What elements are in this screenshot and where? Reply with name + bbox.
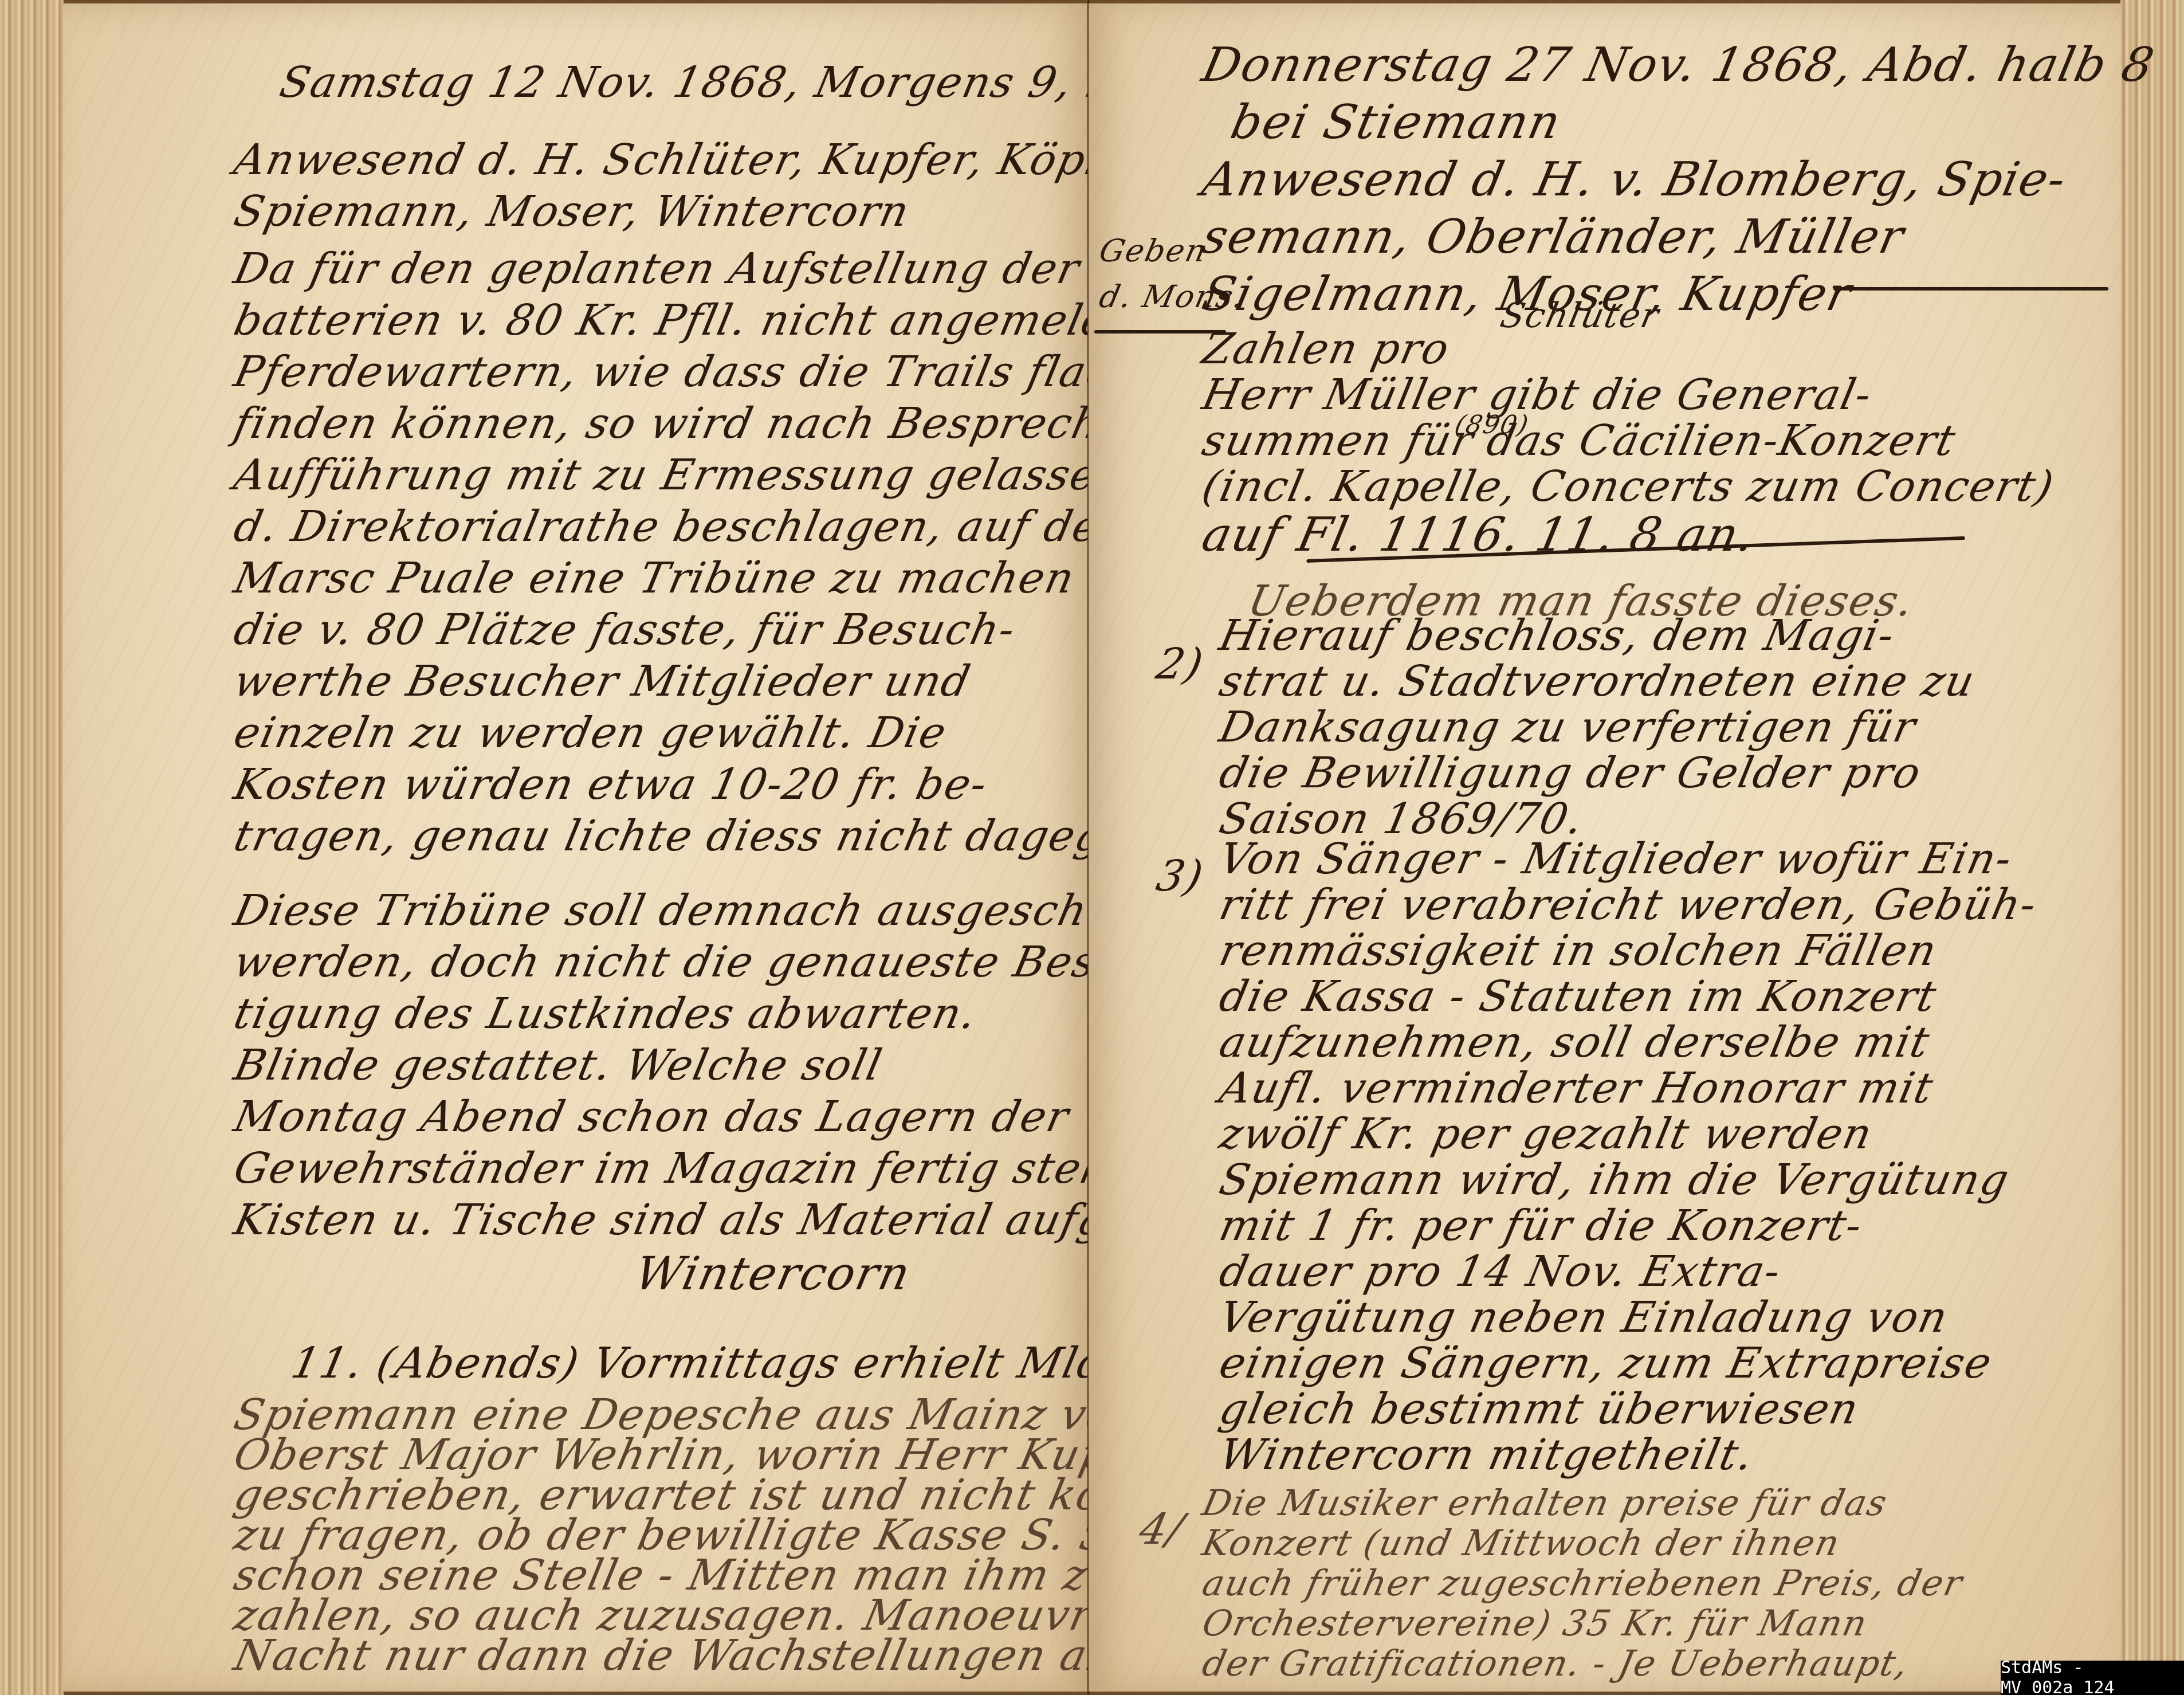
entry-header: 11. (Abends) Vormittags erhielt Mld. [287, 1339, 1126, 1388]
left-page: Samstag 12 Nov. 1868, Morgens 9, im Ml. … [63, 3, 1089, 1692]
body-line: auch früher zugeschriebenen Preis, der [1199, 1562, 1967, 1604]
body-line: tigung des Lustkindes abwarten. [230, 989, 981, 1038]
body-line: gleich bestimmt überwiesen [1215, 1384, 1864, 1434]
body-line: Blinde gestattet. Welche soll [230, 1041, 887, 1090]
body-line: Herr Müller gibt die General- [1198, 370, 1877, 419]
item-number: 4/ [1135, 1505, 1189, 1554]
entry-header-location: bei Stiemann [1226, 95, 1566, 150]
margin-note: Geben [1096, 233, 1211, 269]
body-line: summen für das Cäcilien-Konzert [1198, 416, 1961, 465]
open-book: Samstag 12 Nov. 1868, Morgens 9, im Ml. … [0, 0, 2184, 1695]
item-number: 2) [1152, 639, 1208, 689]
body-line: Aufl. verminderter Honorar mit [1215, 1064, 1938, 1113]
body-line: Hierauf beschloss, dem Magi- [1215, 611, 1900, 660]
body-line: werthe Besucher Mitglieder und [230, 657, 976, 706]
body-line: tragen, genau lichte diess nicht dagegen… [230, 811, 1179, 861]
body-line: einzeln zu werden gewählt. Die [230, 708, 952, 758]
book-edge-left [0, 0, 64, 1695]
underline [1833, 287, 2108, 291]
body-line: Pferdewartern, wie dass die Trails flach [230, 347, 1145, 397]
body-line: Danksagung zu verfertigen für [1215, 703, 1921, 752]
book-edge-right [2120, 0, 2184, 1695]
body-line: Montag Abend schon das Lagern der [230, 1092, 1074, 1141]
attendees-line: Anwesend d. H. v. Blomberg, Spie- [1197, 152, 2071, 207]
body-line: aufzunehmen, soll derselbe mit [1215, 1018, 1934, 1067]
body-line: d. Direktorialrathe beschlagen, auf dem [230, 502, 1146, 551]
attendees-line: semann, Oberländer, Müller [1197, 210, 1910, 264]
body-line: Wintercorn mitgetheilt. [1215, 1430, 1758, 1480]
body-line: mit 1 fr. per für die Konzert- [1215, 1201, 1867, 1250]
inline-note: (890) [1452, 410, 1532, 440]
body-line: Orchestervereine) 35 Kr. für Mann [1199, 1602, 1871, 1644]
body-line: der Gratificationen. - Je Ueberhaupt, [1199, 1642, 1913, 1684]
body-line: (incl. Kapelle, Concerts zum Concert) [1198, 462, 2059, 511]
body-line: strat u. Stadtverordneten eine zu [1215, 657, 1980, 706]
body-line: Von Sänger - Mitglieder wofür Ein- [1215, 834, 2017, 884]
body-line: Zahlen pro [1198, 324, 1454, 374]
archive-label: StdAMs - MV_002a_124 [2001, 1661, 2184, 1695]
right-page: Donnerstag 27 Nov. 1868, Abd. halb 8 bei… [1089, 3, 2121, 1692]
body-line: Spiemann wird, ihm die Vergütung [1215, 1155, 2014, 1204]
body-line: ritt frei verabreicht werden, Gebüh- [1215, 880, 2042, 929]
body-line: Vergütung neben Einladung von [1215, 1293, 1953, 1342]
attendees-line: Schlüter [1497, 296, 1663, 336]
body-line: dauer pro 14 Nov. Extra- [1215, 1247, 1786, 1296]
body-line: zwölf Kr. per gezahlt werden [1215, 1109, 1877, 1159]
body-line: werden, doch nicht die genaueste Bestä- [230, 937, 1161, 987]
body-line: die Bewilligung der Gelder pro [1215, 748, 1926, 798]
signature: Wintercorn [630, 1247, 916, 1300]
body-line: Kosten würden etwa 10-20 fr. be- [230, 760, 992, 809]
item-number: 3) [1152, 852, 1208, 901]
body-line: batterien v. 80 Kr. Pfll. nicht angemeld… [230, 296, 1161, 345]
attendees-line: Spiemann, Moser, Wintercorn [230, 187, 914, 236]
body-line: renmässigkeit in solchen Fällen [1215, 926, 1942, 975]
body-line: Diese Tribüne soll demnach ausgeschriebe… [230, 886, 1238, 935]
body-line: Die Musiker erhalten preise für das [1199, 1482, 1891, 1524]
entry-header: Donnerstag 27 Nov. 1868, Abd. halb 8 [1197, 38, 2159, 92]
body-line: Konzert (und Mittwoch der ihnen [1199, 1522, 1844, 1564]
body-line: einigen Sängern, zum Extrapreise [1215, 1339, 1997, 1388]
body-line: Marsc Puale eine Tribüne zu machen [230, 554, 1079, 603]
body-line: die Kassa - Statuten im Konzert [1215, 972, 1942, 1021]
margin-note: d. Mons. [1096, 278, 1248, 315]
body-line: die v. 80 Plätze fasste, für Besuch- [230, 605, 1020, 654]
